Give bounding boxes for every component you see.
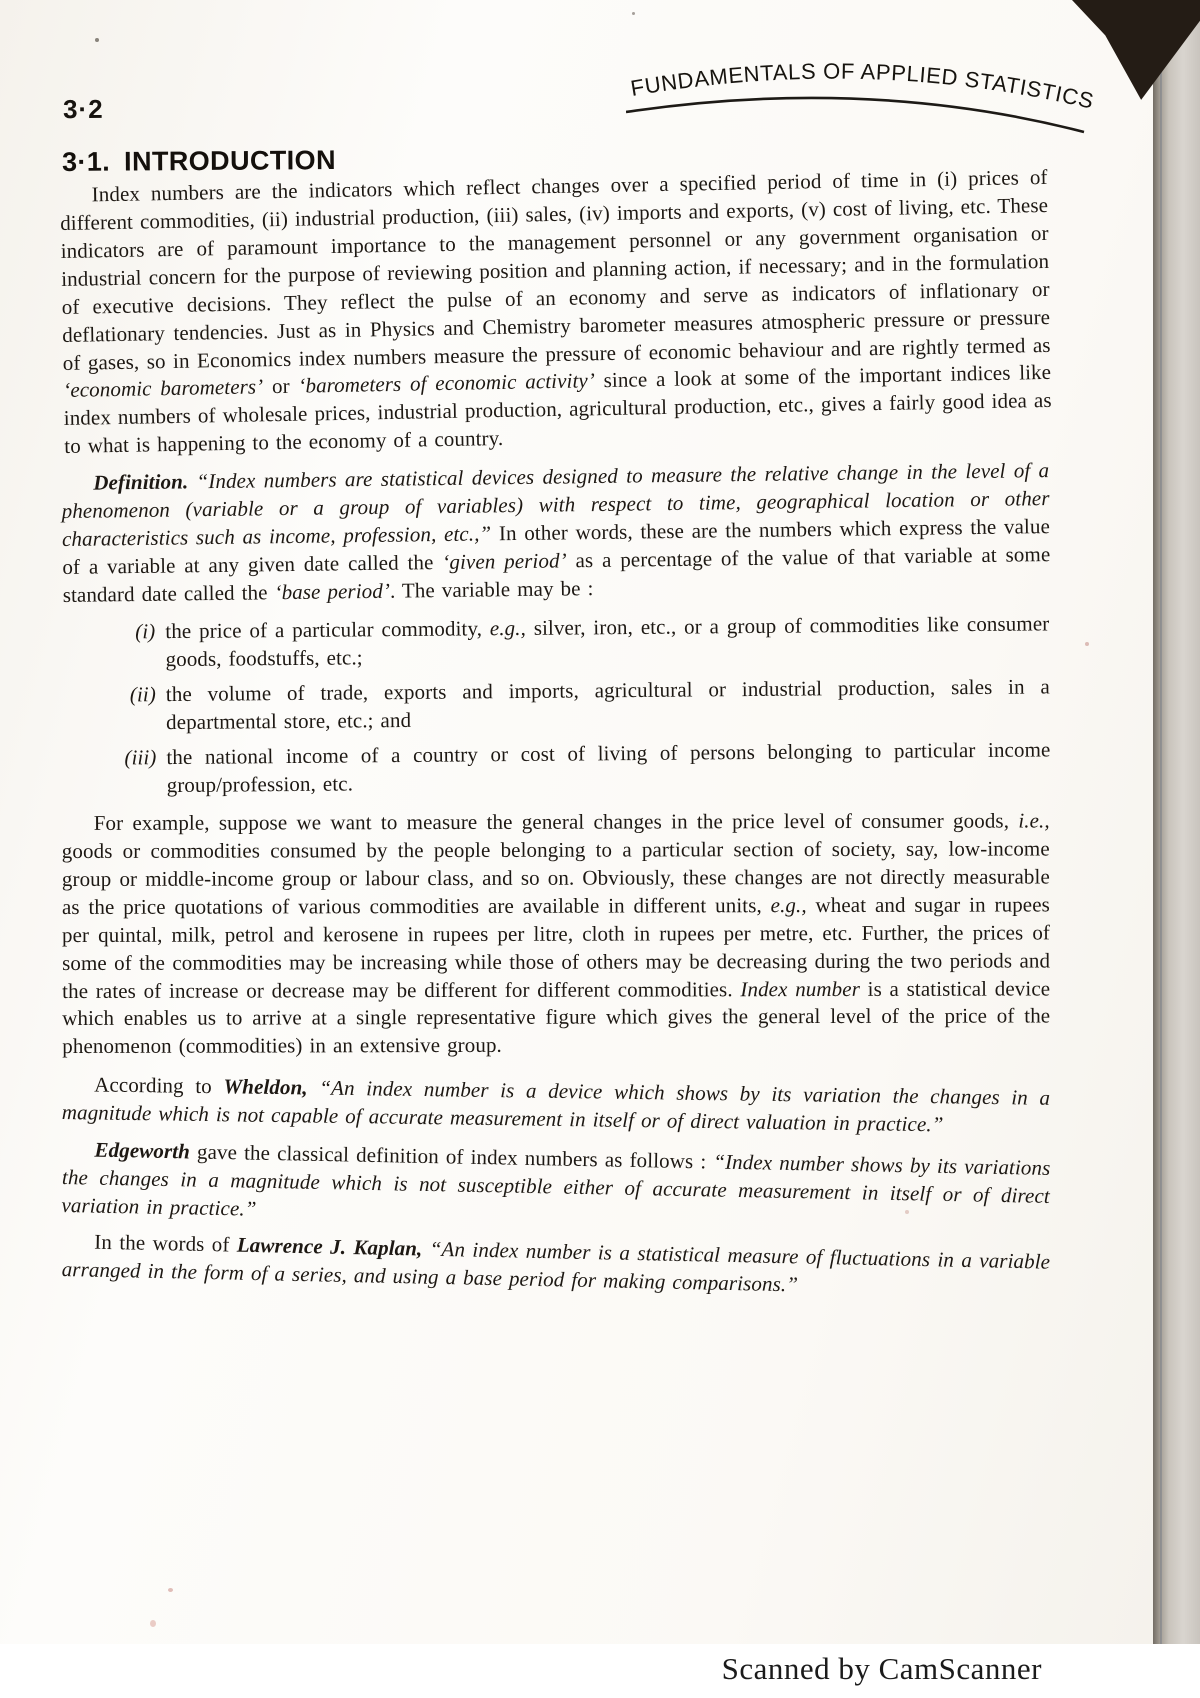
scanned-book-page: 3·2 FUNDAMENTALS OF APPLIED STATISTICS 3… bbox=[0, 0, 1200, 1698]
section-title: INTRODUCTION bbox=[124, 145, 336, 176]
paragraph-edgeworth-quote: Edgeworth gave the classical definition … bbox=[61, 1136, 1050, 1239]
list-item: (i)the price of a particular commodity, … bbox=[107, 610, 1049, 674]
running-head: FUNDAMENTALS OF APPLIED STATISTICS bbox=[626, 50, 1106, 150]
page-number: 3·2 bbox=[63, 94, 104, 125]
list-marker: (i) bbox=[107, 618, 155, 646]
paragraph-kaplan-quote: In the words of Lawrence J. Kaplan, “An … bbox=[61, 1228, 1050, 1305]
scan-speck bbox=[150, 1620, 156, 1627]
running-title-text: FUNDAMENTALS OF APPLIED STATISTICS bbox=[629, 59, 1097, 114]
paragraph-example: For example, suppose we want to measure … bbox=[62, 808, 1051, 1062]
scan-speck bbox=[905, 1210, 909, 1214]
running-head-arc: FUNDAMENTALS OF APPLIED STATISTICS bbox=[626, 50, 1106, 150]
binding-seam-line bbox=[1160, 0, 1162, 1645]
scanner-credit: Scanned by CamScanner bbox=[722, 1651, 1042, 1687]
camscanner-bar: Scanned by CamScanner bbox=[0, 1644, 1200, 1698]
scan-speck bbox=[1085, 642, 1089, 646]
list-item: (iii)the national income of a country or… bbox=[108, 736, 1050, 800]
author-wheldon: Wheldon, bbox=[223, 1074, 308, 1099]
section-heading: 3·1.INTRODUCTION bbox=[62, 145, 336, 178]
running-head-underline bbox=[626, 98, 1084, 132]
author-edgeworth: Edgeworth bbox=[94, 1137, 190, 1163]
page-body: Index numbers are the indicators which r… bbox=[62, 182, 1050, 1293]
scan-speck bbox=[95, 38, 99, 42]
paragraph-definition: Definition. “Index numbers are statistic… bbox=[61, 457, 1051, 610]
section-number: 3·1. bbox=[62, 147, 110, 177]
list-item: (ii)the volume of trade, exports and imp… bbox=[108, 673, 1050, 737]
definition-label: Definition. bbox=[93, 469, 197, 494]
paragraph-wheldon-quote: According to Wheldon, “An index number i… bbox=[62, 1071, 1051, 1141]
list-marker: (ii) bbox=[108, 681, 156, 709]
list-marker: (iii) bbox=[108, 744, 156, 772]
scan-speck bbox=[168, 1588, 173, 1592]
variable-list: (i)the price of a particular commodity, … bbox=[61, 610, 1051, 800]
author-kaplan: Lawrence J. Kaplan, bbox=[237, 1233, 423, 1261]
scan-speck bbox=[632, 12, 635, 15]
book-binding-edge bbox=[1153, 0, 1200, 1645]
paragraph-intro: Index numbers are the indicators which r… bbox=[59, 164, 1052, 461]
